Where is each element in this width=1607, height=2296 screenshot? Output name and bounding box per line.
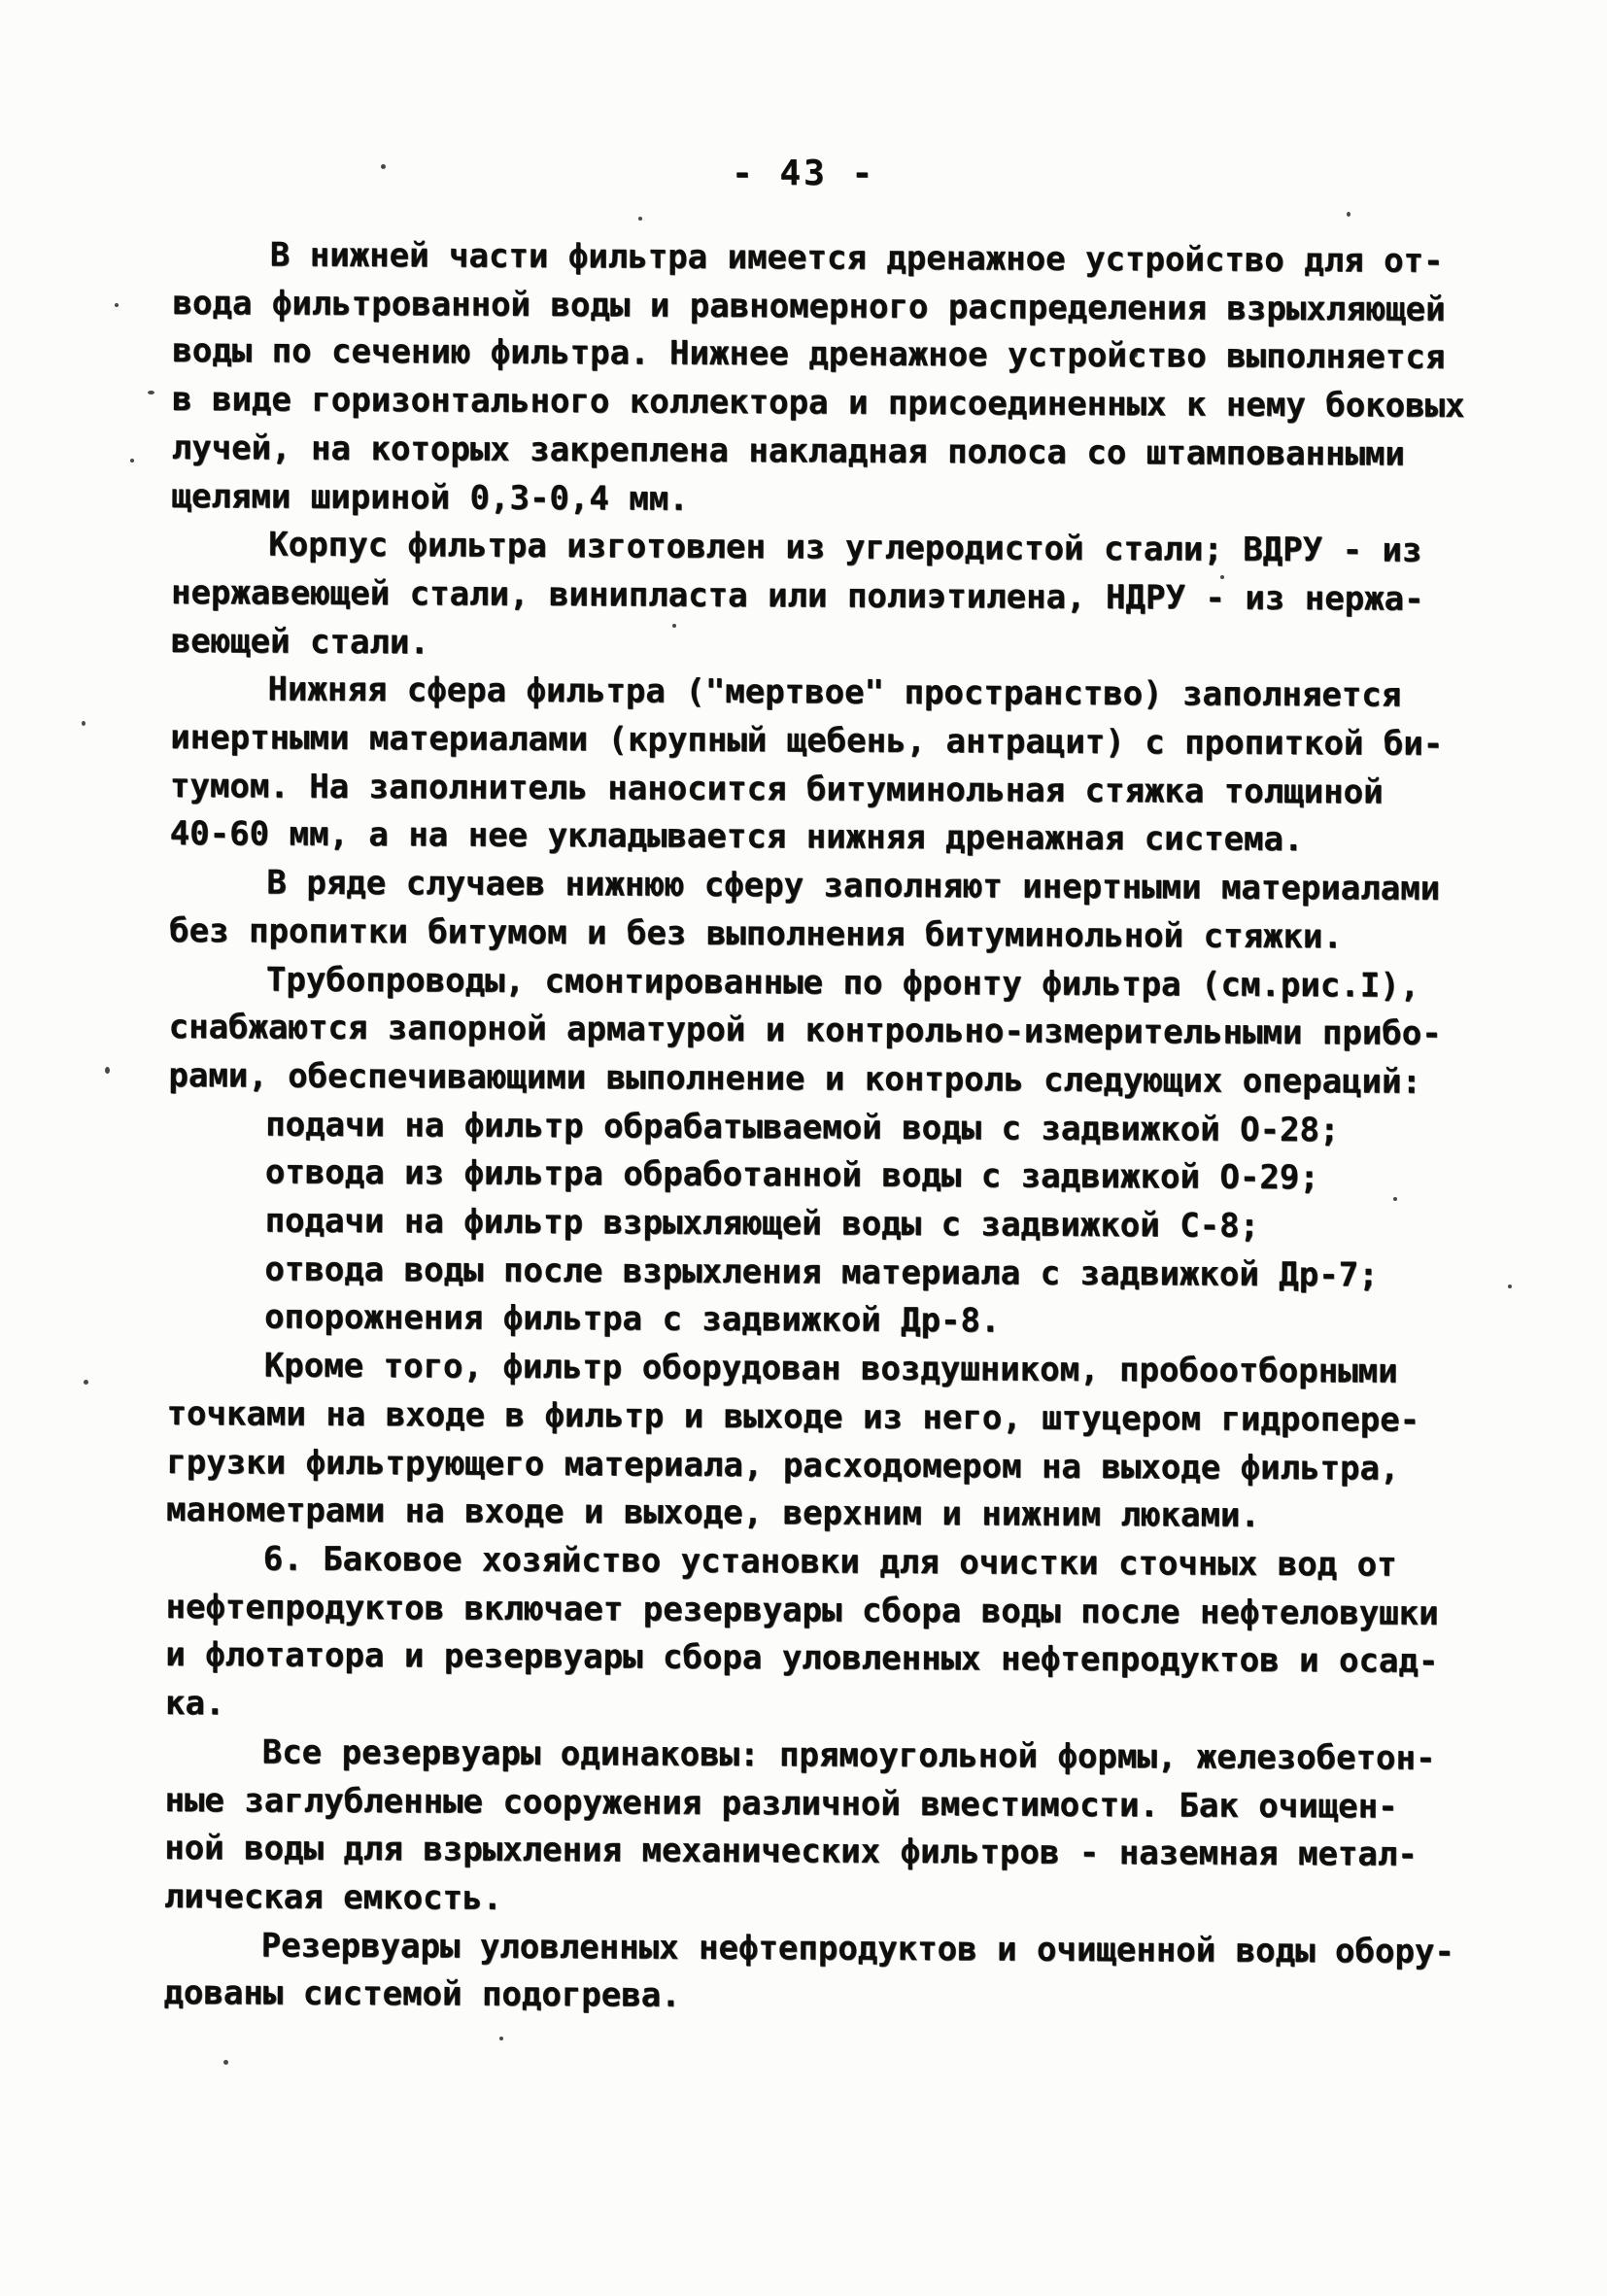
text-line: веющей стали. [171, 618, 1502, 673]
text-line: Трубопроводы, смонтированные по фронту ф… [169, 956, 1500, 1011]
text-line: вода фильтрованной воды и равномерного р… [172, 280, 1503, 335]
text-line: подачи на фильтр взрыхляющей воды с задв… [168, 1197, 1499, 1252]
text-line: 40-60 мм, а на нее укладывается нижняя д… [170, 810, 1501, 866]
text-line: Резервуары уловленных нефтепродуктов и о… [164, 1922, 1495, 1977]
scan-speck [223, 2060, 228, 2065]
text-line: отвода воды после взрыхления материала с… [167, 1246, 1498, 1301]
text-lines: В нижней части фильтра имеется дренажное… [163, 231, 1504, 2025]
text-line: Все резервуары одинаковы: прямоугольной … [165, 1729, 1496, 1784]
text-line: подачи на фильтр обрабатываемой воды с з… [168, 1101, 1499, 1156]
text-line: ные заглубленные сооружения различной вм… [164, 1776, 1495, 1832]
text-line: Нижняя сфера фильтра ("мертвое" простран… [170, 666, 1501, 721]
scanned-document-page: - 43 - В нижней части фильтра имеется др… [0, 0, 1607, 2296]
scan-speck [148, 391, 154, 394]
text-line: В ряде случаев нижнюю сферу заполняют ин… [169, 859, 1500, 914]
text-line: Корпус фильтра изготовлен из углеродисто… [171, 521, 1502, 576]
text-line: опорожнения фильтра с задвижкой Др-8. [167, 1293, 1498, 1349]
text-line: лическая емкость. [164, 1873, 1495, 1929]
text-line: дованы системой подогрева. [163, 1970, 1494, 2025]
scan-speck [1133, 352, 1138, 358]
scan-speck [130, 459, 134, 463]
text-line: 6. Баковое хозяйство установки для очист… [166, 1535, 1497, 1591]
text-line: щелями шириной 0,3-0,4 мм. [171, 473, 1502, 529]
text-line: инертными материалами (крупный щебень, а… [170, 714, 1501, 770]
text-line: снабжаются запорной арматурой и контроль… [169, 1004, 1500, 1059]
scan-speck [672, 624, 676, 628]
scan-speck [84, 1380, 88, 1385]
text-line: Кроме того, фильтр оборудован воздушнико… [167, 1342, 1498, 1397]
text-line: ной воды для взрыхления механических фил… [164, 1825, 1495, 1880]
text-line: манометрами на входе и выходе, верхним и… [166, 1487, 1497, 1542]
page-number: - 43 - [0, 154, 1607, 193]
text-line: точками на входе в фильтр и выходе из не… [166, 1390, 1497, 1446]
text-line: отвода из фильтра обработанной воды с за… [168, 1148, 1499, 1204]
scan-speck [1347, 212, 1351, 217]
text-line: воды по сечению фильтра. Нижнее дренажно… [172, 327, 1503, 383]
scan-speck [499, 2037, 503, 2040]
scan-speck [1220, 575, 1224, 579]
scan-speck [1508, 1285, 1512, 1288]
text-line: в виде горизонтального коллектора и прис… [172, 376, 1503, 431]
text-line: тумом. На заполнитель наносится битумино… [170, 763, 1501, 818]
text-line: В нижней части фильтра имеется дренажное… [173, 231, 1504, 287]
text-line: и флотатора и резервуары сбора уловленны… [165, 1631, 1496, 1687]
scan-speck [381, 164, 386, 169]
scan-speck [105, 1067, 110, 1074]
text-line: лучей, на которых закреплена накладная п… [172, 425, 1503, 480]
text-line: ка. [165, 1680, 1496, 1735]
text-line: нержавеющей стали, винипласта или полиэт… [171, 569, 1502, 625]
scan-speck [82, 721, 85, 726]
text-line: без пропитки битумом и без выполнения би… [169, 908, 1500, 963]
text-line: нефтепродуктов включает резервуары сбора… [165, 1584, 1496, 1639]
scan-speck [1393, 1197, 1397, 1201]
text-line: рами, обеспечивающими выполнение и контр… [168, 1052, 1499, 1108]
scan-speck [115, 303, 119, 307]
text-line: грузки фильтрующего материала, расходоме… [166, 1439, 1497, 1494]
scan-speck [638, 217, 642, 221]
